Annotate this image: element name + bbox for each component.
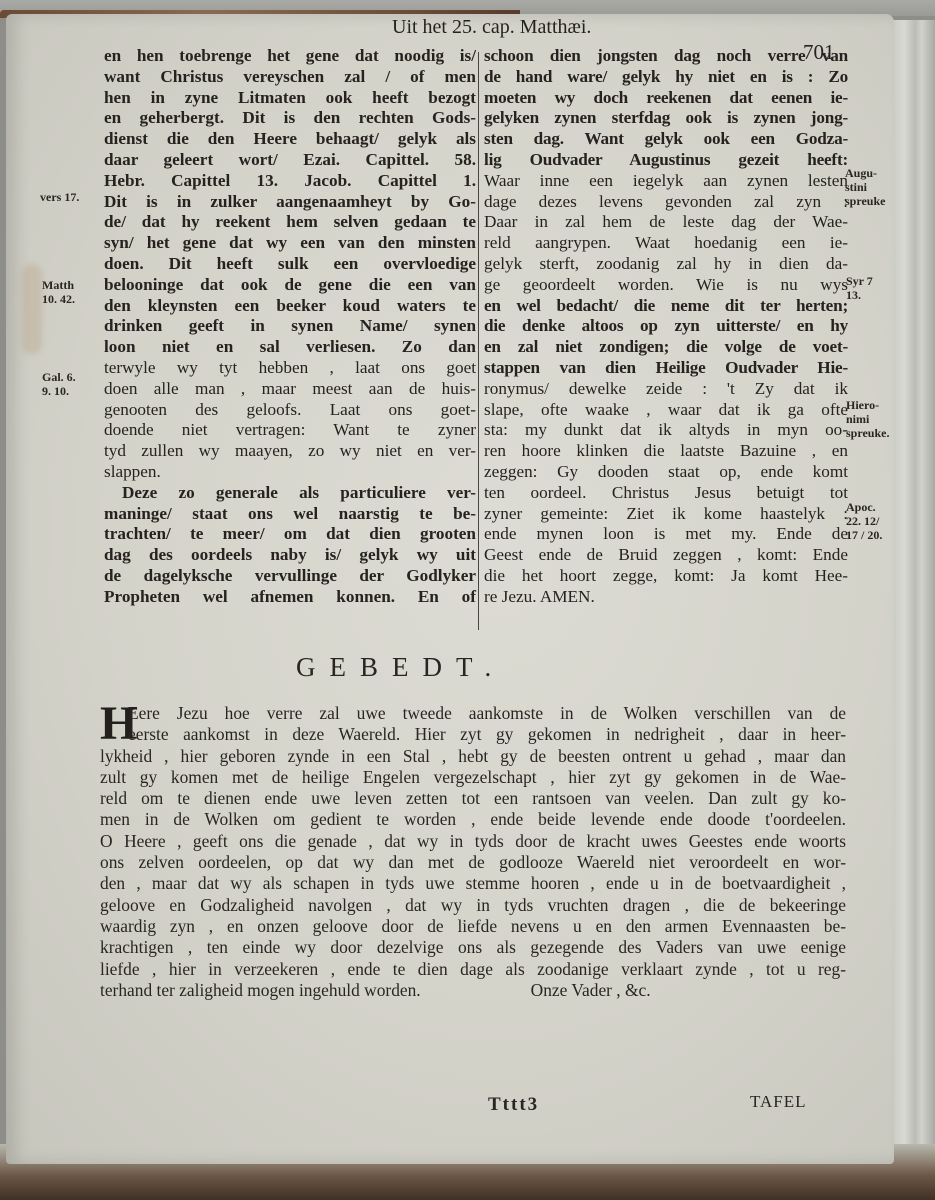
text-line: den , maar dat wy als schapen in tyds uw… [100, 873, 846, 894]
text-line: ende mynen loon is met my. Ende de [484, 524, 848, 545]
text-line: tyd zullen wy maayen, zo wy niet en ver- [104, 441, 476, 462]
text-line: geloove en Godzaligheid navolgen , dat w… [100, 895, 846, 916]
text-line: zult gy komen met de heilige Engelen ver… [100, 767, 846, 788]
text-line: zyner gemeinte: Ziet ik kome haastelyk : [484, 504, 848, 525]
text-line: slape, ofte waake , waar dat ik ga ofte [484, 400, 848, 421]
text-line: ten oordeel. Christus Jesus betuigt tot [484, 483, 848, 504]
text-line: Geest ende de Bruid zeggen , komt: Ende [484, 545, 848, 566]
catchword: TAFEL [750, 1092, 807, 1112]
text-line: en hen toebrenge het gene dat noodig is/ [104, 46, 476, 67]
text-line: de hand ware/ gelyk hy niet en is : Zo [484, 67, 848, 88]
text-line: sten dag. Want gelyk ook een Godza- [484, 129, 848, 150]
text-line: men in de Wolken om gedient te worden , … [100, 809, 846, 830]
text-line: waardig zyn , en onzen geloove door de l… [100, 916, 846, 937]
column-divider [478, 52, 479, 630]
text-line: liefde , hier in verzeekeren , ende te d… [100, 959, 846, 980]
text-line: sta: my dunkt dat ik altyds in myn oo- [484, 420, 848, 441]
text-line: ren hoore klinken die laatste Bazuine , … [484, 441, 848, 462]
text-line: Hebr. Capittel 13. Jacob. Capittel 1. [104, 171, 476, 192]
text-line: genooten des geloofs. Laat ons goet- [104, 400, 476, 421]
text-line: Daar in zal hem de leste dag der Wae- [484, 212, 848, 233]
text-line: slappen. [104, 462, 476, 483]
margin-note-vers-17: vers 17. [40, 190, 79, 204]
text-line: belooninge dat ook de gene die een van [104, 275, 476, 296]
text-line: de/ dat hy reekent hem selven gedaan te [104, 212, 476, 233]
margin-note-matth: Matth 10. 42. [42, 278, 75, 306]
text-line: terwyle wy tyt hebben , laat ons goet [104, 358, 476, 379]
prayer-text: Eere Jezu hoe verre zal uwe tweede aanko… [100, 703, 846, 1001]
text-line: doende niet vertragen: Want te zyner [104, 420, 476, 441]
text-line: doen. Dit heeft sulk een overvloedige [104, 254, 476, 275]
text-line: Deze zo generale als particuliere ver- [104, 483, 476, 504]
section-title: GEBEDT. [296, 652, 505, 683]
text-line: stappen van dien Heilige Oudvader Hie- [484, 358, 848, 379]
text-line: reld om te dienen ende uwe leven zetten … [100, 788, 846, 809]
text-line: daar geleert wort/ Ezai. Capittel. 58. [104, 150, 476, 171]
text-line: die denke altoos op zyn uitterste/ en hy [484, 316, 848, 337]
running-head: Uit het 25. cap. Matthæi. [392, 16, 591, 39]
margin-note-hieronimi: Hiero- nimi spreuke. [846, 398, 889, 440]
text-line: en geherbergt. Dit is den rechten Gods- [104, 108, 476, 129]
text-line: ronymus/ dewelke zeide : 't Zy dat ik [484, 379, 848, 400]
text-line: schoon dien jongsten dag noch verre van [484, 46, 848, 67]
text-line: Eere Jezu hoe verre zal uwe tweede aanko… [100, 703, 846, 724]
paper-stain [22, 264, 42, 354]
text-line: en wel bedacht/ die neme dit ter herten; [484, 296, 848, 317]
text-line: O Heere , geeft ons die genade , dat wy … [100, 831, 846, 852]
text-line: re Jezu. AMEN. [484, 587, 848, 608]
left-column: en hen toebrenge het gene dat noodig is/… [104, 46, 476, 608]
text-line: lig Oudvader Augustinus gezeit heeft: [484, 150, 848, 171]
text-line: dage dezes levens gevonden zal zyn : [484, 192, 848, 213]
text-line: dienst die den Heere behaagt/ gelyk als [104, 129, 476, 150]
text-line: den kleynsten een beeker koud waters te [104, 296, 476, 317]
margin-note-gal: Gal. 6. 9. 10. [42, 370, 76, 398]
text-line: en zal niet zondigen; die volge de voet- [484, 337, 848, 358]
text-line: loon niet en sal verliesen. Zo dan [104, 337, 476, 358]
closing-formula: Onze Vader , &c. [421, 980, 651, 1000]
text-line: Propheten wel afnemen konnen. En of [104, 587, 476, 608]
signature-mark: Tttt3 [488, 1094, 539, 1116]
text-line: ge geoordeelt worden. Wie is nu wys [484, 275, 848, 296]
margin-note-augustini: Augu- stini spreuke [845, 166, 885, 208]
text-line: Waar inne een iegelyk aan zynen lesten [484, 171, 848, 192]
text-line: want Christus vereyschen zal / of men [104, 67, 476, 88]
text-line: Dit is in zulker aangenaamheyt by Go- [104, 192, 476, 213]
text-line: hen in zyne Litmaten ook heeft bezogt [104, 88, 476, 109]
text-line: lykheid , hier geboren zynde in een Stal… [100, 746, 846, 767]
margin-note-syr: Syr 7 13. [846, 274, 873, 302]
text-line: gelyk sterft, zoodanig zal hy in dien da… [484, 254, 848, 275]
text-line: krachtigen , ten einde wy door dezelvige… [100, 937, 846, 958]
text-line: maninge/ staat ons wel naarstig te be- [104, 504, 476, 525]
page-stack-edges [891, 20, 935, 1150]
text-line: trachten/ te meer/ om dat dien grooten [104, 524, 476, 545]
text-line: die het hoort zegge, komt: Ja komt Hee- [484, 566, 848, 587]
text-line: doen alle man , maar meest aan de huis- [104, 379, 476, 400]
text-line-end: terhand ter zaligheid mogen ingehuld wor… [100, 980, 421, 1000]
text-line: ons zelven oordeelen, op dat wy dan met … [100, 852, 846, 873]
text-line: terhand ter zaligheid mogen ingehuld wor… [100, 980, 846, 1001]
text-line: dag des oordeels naby is/ gelyk wy uit [104, 545, 476, 566]
text-line: syn/ het gene dat wy een van den minsten [104, 233, 476, 254]
margin-note-apoc: Apoc. 22. 12/ 17 / 20. [846, 500, 882, 542]
right-column: schoon dien jongsten dag noch verre van … [484, 46, 848, 608]
text-line: eerste aankomst in deze Waereld. Hier zy… [100, 724, 846, 745]
text-line: moeten wy doch reekenen dat eenen ie- [484, 88, 848, 109]
text-line: drinken geeft in synen Name/ synen [104, 316, 476, 337]
text-line: de dagelyksche vervullinge der Godlyker [104, 566, 476, 587]
text-line: gelyken zynen sterfdag ook is zynen jong… [484, 108, 848, 129]
text-line: reld aangrypen. Waat hoedanig een ie- [484, 233, 848, 254]
text-line: zeggen: Gy dooden staat op, ende komt [484, 462, 848, 483]
